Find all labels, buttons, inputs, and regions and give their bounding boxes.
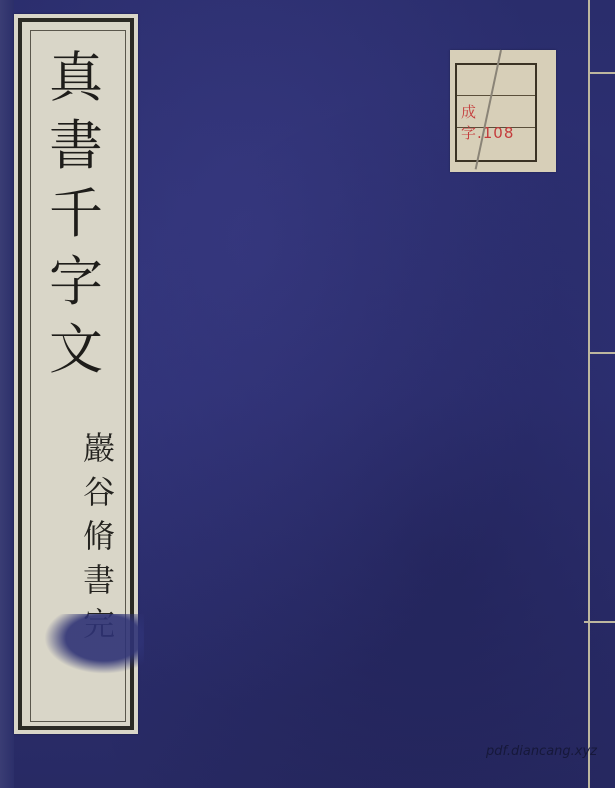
title-char: 字 [49, 248, 103, 316]
call-number: 成 字.108 [461, 101, 535, 143]
spine-edge [0, 0, 14, 788]
ink-stain [44, 614, 144, 674]
title-char: 千 [49, 180, 103, 248]
book-cover: 真 書 千 字 文 巖 谷 脩 書 完 成 字.108 pdf.diancang… [0, 0, 615, 788]
binding-stitch [584, 621, 615, 623]
label-divider [457, 95, 535, 96]
binding-thread [588, 0, 590, 788]
author-char: 書 [83, 558, 115, 602]
book-title: 真 書 千 字 文 [36, 44, 116, 384]
binding-stitch [588, 72, 615, 74]
title-char: 書 [49, 112, 103, 180]
title-char: 真 [49, 44, 103, 112]
library-label: 成 字.108 [450, 50, 556, 172]
binding-stitch [590, 352, 615, 354]
book-author: 巖 谷 脩 書 完 [74, 426, 124, 646]
title-char: 文 [49, 316, 103, 384]
watermark: pdf.diancang.xyz [486, 744, 597, 759]
author-char: 脩 [83, 514, 115, 558]
title-slip: 真 書 千 字 文 巖 谷 脩 書 完 [14, 14, 138, 734]
author-char: 巖 [83, 426, 115, 470]
author-char: 谷 [83, 470, 115, 514]
